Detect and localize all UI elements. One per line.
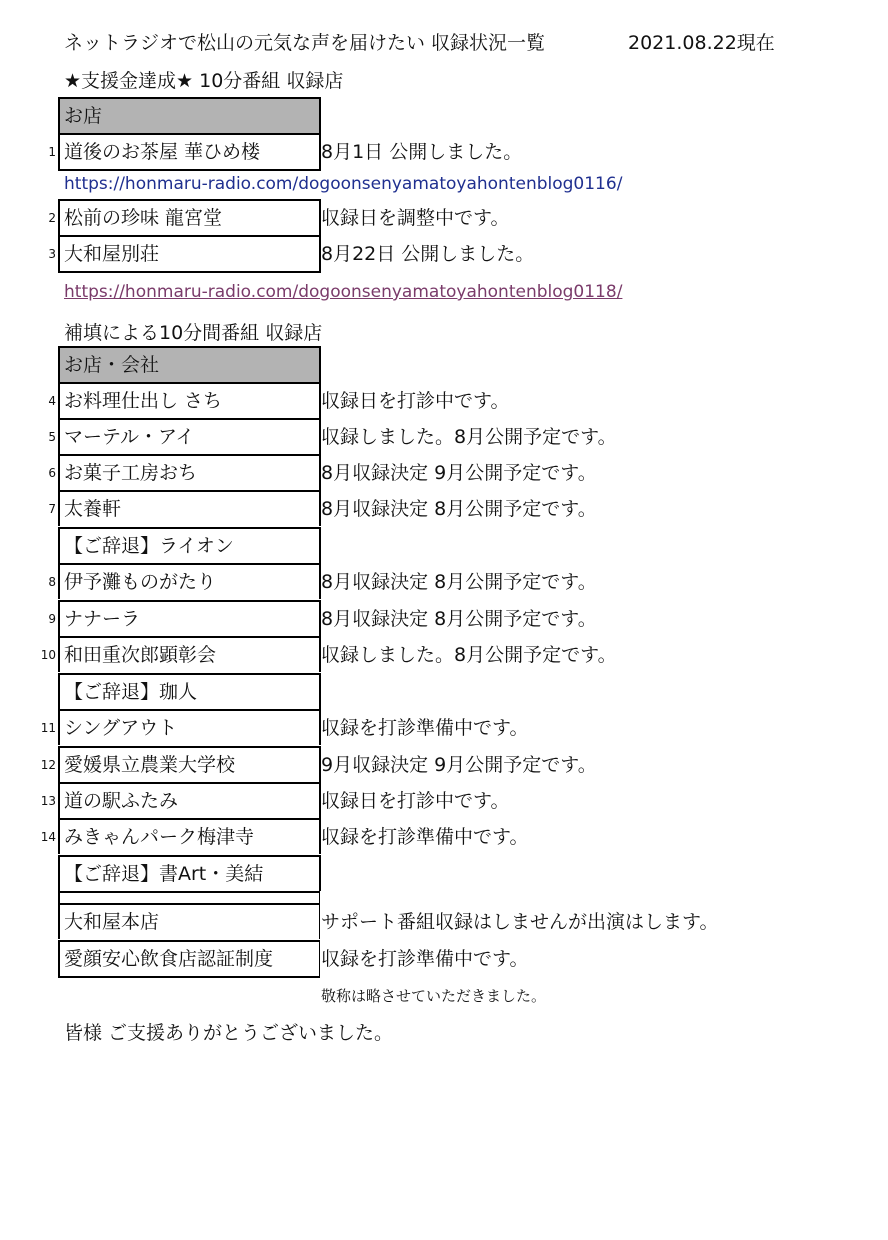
shop-status: 8月収録決定 8月公開予定です。 bbox=[321, 601, 597, 637]
shop-status: 収録を打診準備中です。 bbox=[321, 819, 528, 855]
row-number: 2 bbox=[36, 200, 56, 236]
as-of-date: 2021.08.22現在 bbox=[628, 28, 775, 55]
thanks-message: 皆様 ご支援ありがとうございました。 bbox=[64, 1018, 393, 1045]
shop-name: シングアウト bbox=[58, 709, 321, 745]
section1-column-header: お店 bbox=[58, 97, 321, 133]
shop-name: 【ご辞退】書Art・美結 bbox=[58, 855, 321, 891]
blog-link-0116[interactable]: https://honmaru-radio.com/dogoonsenyamat… bbox=[64, 174, 622, 194]
shop-name: 太養軒 bbox=[58, 490, 321, 526]
shop-name: みきゃんパーク梅津寺 bbox=[58, 818, 321, 854]
shop-name: 伊予灘ものがたり bbox=[58, 563, 321, 599]
shop-name: 松前の珍味 龍宮堂 bbox=[58, 199, 321, 235]
row-number: 13 bbox=[36, 783, 56, 819]
section2-heading: 補填による10分間番組 収録店 bbox=[64, 318, 322, 345]
row-number: 7 bbox=[36, 491, 56, 527]
shop-name: 愛顔安心飲食店認証制度 bbox=[58, 940, 320, 978]
section1-heading: ★支援金達成★ 10分番組 収録店 bbox=[64, 66, 343, 93]
shop-name: ナナーラ bbox=[58, 600, 321, 636]
shop-name: 【ご辞退】ライオン bbox=[58, 527, 321, 563]
shop-name: 【ご辞退】珈人 bbox=[58, 673, 321, 709]
shop-status: 収録日を調整中です。 bbox=[321, 200, 509, 236]
shop-status: 収録しました。8月公開予定です。 bbox=[321, 419, 617, 455]
document-title: ネットラジオで松山の元気な声を届けたい 収録状況一覧 bbox=[64, 28, 545, 55]
shop-status: 収録を打診準備中です。 bbox=[321, 941, 528, 977]
shop-status: 収録日を打診中です。 bbox=[321, 783, 509, 819]
shop-name: マーテル・アイ bbox=[58, 418, 321, 454]
row-number: 3 bbox=[36, 236, 56, 272]
row-number: 1 bbox=[36, 134, 56, 170]
shop-status: 8月22日 公開しました。 bbox=[321, 236, 534, 272]
row-number: 11 bbox=[36, 710, 56, 746]
shop-status: 収録しました。8月公開予定です。 bbox=[321, 637, 617, 673]
shop-name: 愛媛県立農業大学校 bbox=[58, 746, 321, 782]
row-number: 4 bbox=[36, 383, 56, 419]
shop-status: 8月収録決定 8月公開予定です。 bbox=[321, 564, 597, 600]
shop-name: 和田重次郎顕彰会 bbox=[58, 636, 321, 672]
shop-name: 道後のお茶屋 華ひめ楼 bbox=[58, 133, 321, 171]
shop-status: 8月収録決定 8月公開予定です。 bbox=[321, 491, 597, 527]
shop-name: 大和屋別荘 bbox=[58, 235, 321, 273]
row-number: 12 bbox=[36, 747, 56, 783]
row-number: 10 bbox=[36, 637, 56, 673]
shop-name: 道の駅ふたみ bbox=[58, 782, 321, 818]
shop-status: 収録を打診準備中です。 bbox=[321, 710, 528, 746]
shop-name bbox=[58, 891, 320, 903]
row-number: 14 bbox=[36, 819, 56, 855]
blog-link-0118[interactable]: https://honmaru-radio.com/dogoonsenyamat… bbox=[64, 282, 622, 302]
row-number: 6 bbox=[36, 455, 56, 491]
shop-status: 8月収録決定 9月公開予定です。 bbox=[321, 455, 597, 491]
shop-name: 大和屋本店 bbox=[58, 903, 320, 939]
shop-name: お料理仕出し さち bbox=[58, 382, 321, 418]
shop-status: 9月収録決定 9月公開予定です。 bbox=[321, 747, 597, 783]
section2-column-header: お店・会社 bbox=[58, 346, 321, 382]
shop-status: 8月1日 公開しました。 bbox=[321, 134, 522, 170]
honorific-note: 敬称は略させていただきました。 bbox=[321, 985, 546, 1006]
shop-status: 収録日を打診中です。 bbox=[321, 383, 509, 419]
shop-name: お菓子工房おち bbox=[58, 454, 321, 490]
shop-status: サポート番組収録はしませんが出演はします。 bbox=[321, 904, 718, 940]
row-number: 9 bbox=[36, 601, 56, 637]
row-number: 8 bbox=[36, 564, 56, 600]
row-number: 5 bbox=[36, 419, 56, 455]
